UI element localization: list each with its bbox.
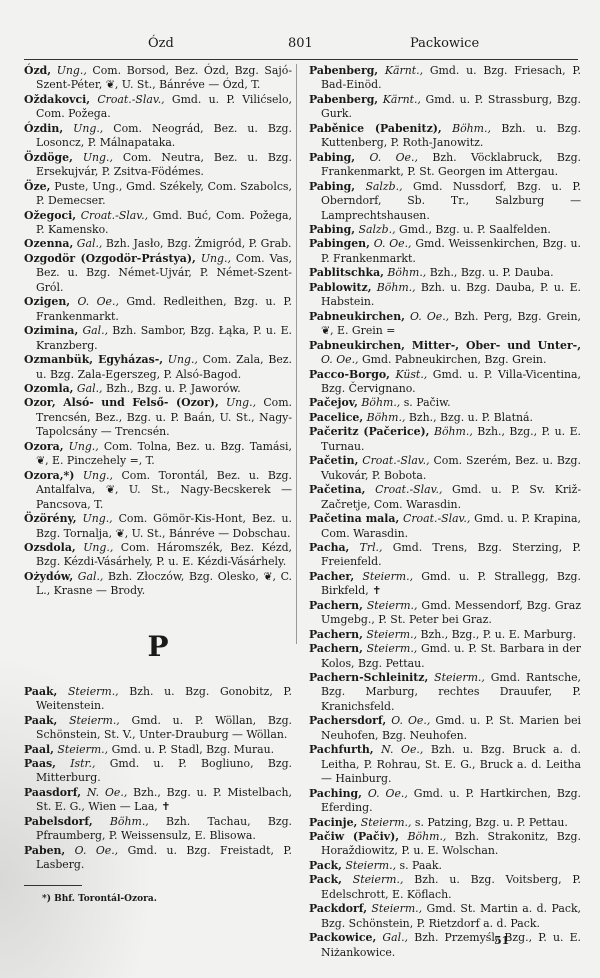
gazetteer-entry: Paben, O. Oe., Gmd. u. Bzg. Freistadt, P…: [24, 844, 292, 873]
entry-name: Paasdorf,: [24, 786, 81, 799]
entry-region: Steierm.,: [57, 743, 108, 756]
gazetteer-entry: Paasdorf, N. Oe., Bzh., Bzg. u. P. Miste…: [24, 786, 292, 815]
entry-region: Croat.-Slav.,: [81, 209, 148, 222]
entry-name: Pabenberg,: [309, 93, 378, 106]
entry-name: Pachfurth,: [309, 743, 374, 756]
entry-region: Istr.,: [70, 757, 95, 770]
entry-name: Pack,: [309, 873, 342, 886]
gazetteer-entry: Packowice, Gal., Bzh. Przemyśl, Bzg., P.…: [309, 931, 581, 960]
header-page-number: 801: [288, 36, 313, 51]
entry-name: Pabneukirchen,: [309, 310, 405, 323]
gazetteer-entry: Paching, O. Oe., Gmd. u. P. Hartkirchen,…: [309, 787, 581, 816]
gazetteer-entry: Pačetina, Croat.-Slav., Gmd. u. P. Sv. K…: [309, 483, 581, 512]
entry-name: Paas,: [24, 757, 56, 770]
entry-region: Steierm.,: [353, 873, 404, 886]
entry-name: Ozor, Alsó- und Felső- (Ozor),: [24, 396, 219, 409]
section-letter: P: [24, 633, 292, 661]
entry-name: Pabing,: [309, 223, 355, 236]
entry-region: Croat.-Slav.,: [403, 512, 470, 525]
entry-region: Ung.,: [73, 122, 103, 135]
gazetteer-entry: Pabelsdorf, Böhm., Bzh. Tachau, Bzg. Pfr…: [24, 815, 292, 844]
entry-name: Pachern-Schleinitz,: [309, 671, 428, 684]
entry-region: Kärnt.,: [383, 93, 421, 106]
entry-details: Gmd. Redleithen, Bzg. u. P. Frankenmarkt…: [36, 295, 292, 322]
gazetteer-entry: Pabing, Salzb., Gmd. Nussdorf, Bzg. u. P…: [309, 180, 581, 223]
entry-name: Ozsdola,: [24, 541, 76, 554]
gazetteer-entry: Pachern, Steierm., Bzh., Bzg., P. u. E. …: [309, 628, 581, 642]
left-entries: Ózd, Ung., Com. Borsod, Bez. Ózd, Bzg. S…: [24, 64, 292, 599]
entry-details: Bzh. Vöcklabruck, Bzg. Frankenmarkt, P. …: [321, 151, 581, 178]
gazetteer-entry: Ozomla, Gal., Bzh., Bzg. u. P. Jaworów.: [24, 382, 292, 396]
gazetteer-entry: Pabneukirchen, Mitter-, Ober- und Unter-…: [309, 339, 581, 368]
entry-name: Pabing,: [309, 151, 355, 164]
gazetteer-entry: Ożydów, Gal., Bzh. Złoczów, Bzg. Olesko,…: [24, 570, 292, 599]
entry-details: Bzh. Złoczów, Bzg. Olesko, ❦, C. L., Kra…: [36, 570, 292, 597]
entry-details: Gmd. u. P. Strallegg, Bzg. Birkfeld, ✝: [321, 570, 581, 597]
entry-region: Steierm.,: [345, 859, 396, 872]
p-section-entries: Paak, Steierm., Bzh. u. Bzg. Gonobitz, P…: [24, 685, 292, 873]
footnote: *) Bhf. Torontál-Ozora.: [24, 892, 292, 906]
gazetteer-entry: Ózd, Ung., Com. Borsod, Bez. Ózd, Bzg. S…: [24, 64, 292, 93]
entry-name: Pačejov,: [309, 396, 358, 409]
entry-region: Böhm.,: [361, 396, 400, 409]
entry-details: Gmd., Bzg. u. P. Saalfelden.: [399, 223, 551, 236]
gazetteer-entry: Ozsdola, Ung., Com. Háromszék, Bez. Kézd…: [24, 541, 292, 570]
entry-name: Ozmanbük, Egyházas-,: [24, 353, 163, 366]
entry-name: Pablitschka,: [309, 266, 384, 279]
entry-name: Paběnice (Pabenitz),: [309, 122, 442, 135]
entry-name: Ozigen,: [24, 295, 70, 308]
entry-region: N. Oe.,: [381, 743, 423, 756]
entry-name: Ozora,: [24, 440, 64, 453]
entry-region: Ung.,: [83, 469, 113, 482]
entry-region: Böhm.,: [452, 122, 491, 135]
entry-region: O. Oe.,: [369, 151, 417, 164]
entry-name: Pačeritz (Pačerice),: [309, 425, 429, 438]
gazetteer-entry: Ozigen, O. Oe., Gmd. Redleithen, Bzg. u.…: [24, 295, 292, 324]
entry-name: Pačiw (Pačiv),: [309, 830, 399, 843]
entry-name: Packowice,: [309, 931, 376, 944]
entry-region: Böhm.,: [434, 425, 473, 438]
entry-region: Ung.,: [57, 64, 87, 77]
entry-region: Ung.,: [226, 396, 256, 409]
gazetteer-entry: Pačejov, Böhm., s. Pačiw.: [309, 396, 581, 410]
gazetteer-entry: Ózdin, Ung., Com. Neográd, Bez. u. Bzg. …: [24, 122, 292, 151]
gazetteer-entry: Özörény, Ung., Com. Gömör-Kis-Hont, Bez.…: [24, 512, 292, 541]
entry-details: Puste, Ung., Gmd. Székely, Com. Szabolcs…: [36, 180, 292, 207]
gazetteer-entry: Ozor, Alsó- und Felső- (Ozor), Ung., Com…: [24, 396, 292, 439]
entry-region: Gal.,: [382, 931, 408, 944]
signature-number: 51: [494, 934, 509, 947]
entry-details: s. Pačiw.: [404, 396, 451, 409]
gazetteer-entry: Ozimina, Gal., Bzh. Sambor, Bzg. Łąka, P…: [24, 324, 292, 353]
gazetteer-entry: Oždakovci, Croat.-Slav., Gmd. u. P. Vili…: [24, 93, 292, 122]
entry-name: Paal,: [24, 743, 54, 756]
entry-region: Küst.,: [395, 368, 427, 381]
entry-region: O. Oe.,: [368, 787, 408, 800]
entry-name: Paak,: [24, 714, 57, 727]
entry-name: Ozomla,: [24, 382, 73, 395]
entry-name: Pack,: [309, 859, 342, 872]
entry-details: Gmd. Pabneukirchen, Bzg. Grein.: [362, 353, 546, 366]
entry-name: Pabing,: [309, 180, 355, 193]
entry-name: Pablowitz,: [309, 281, 372, 294]
entry-name: Ozimina,: [24, 324, 78, 337]
entry-name: Packdorf,: [309, 902, 367, 915]
entry-region: O. Oe.,: [374, 237, 412, 250]
entry-region: Ung.,: [201, 252, 231, 265]
entry-name: Ózdin,: [24, 122, 63, 135]
entry-region: O. Oe.,: [75, 844, 119, 857]
entry-name: Özdöge,: [24, 151, 73, 164]
gazetteer-entry: Pačetin, Croat.-Slav., Com. Szerém, Bez.…: [309, 454, 581, 483]
footnote-rule: [24, 885, 82, 886]
entry-name: Paching,: [309, 787, 362, 800]
entry-region: Steierm.,: [367, 642, 418, 655]
gazetteer-entry: Ozgodör (Ozgodör-Prástya), Ung., Com. Va…: [24, 252, 292, 295]
gazetteer-entry: Pablowitz, Böhm., Bzh. u. Bzg. Dauba, P.…: [309, 281, 581, 310]
gazetteer-entry: Pablitschka, Böhm., Bzh., Bzg. u. P. Dau…: [309, 266, 581, 280]
entry-region: Ung.,: [83, 541, 113, 554]
entry-name: Ožegoci,: [24, 209, 76, 222]
entry-details: Bzh., Bzg. u. P. Jaworów.: [106, 382, 241, 395]
entry-region: Böhm.,: [387, 266, 426, 279]
entry-details: Com. Neutra, Bez. u. Bzg. Ersekujvár, P.…: [36, 151, 292, 178]
entry-details: s. Patzing, Bzg. u. P. Pettau.: [415, 816, 568, 829]
entry-region: Steierm.,: [68, 685, 119, 698]
entry-region: O. Oe.,: [321, 353, 359, 366]
entry-name: Pabingen,: [309, 237, 370, 250]
gazetteer-entry: Pabenberg, Kärnt., Gmd. u. Bzg. Friesach…: [309, 64, 581, 93]
entry-name: Ozora,*): [24, 469, 74, 482]
gazetteer-entry: Pacco-Borgo, Küst., Gmd. u. P. Villa-Vic…: [309, 368, 581, 397]
right-entries: Pabenberg, Kärnt., Gmd. u. Bzg. Friesach…: [309, 64, 581, 960]
entry-details: Gmd. u. P. Stadl, Bzg. Murau.: [112, 743, 275, 756]
entry-name: Ózd,: [24, 64, 51, 77]
entry-region: Ung.,: [83, 512, 113, 525]
gazetteer-entry: Pachern-Schleinitz, Steierm., Gmd. Rants…: [309, 671, 581, 714]
entry-region: Croat.-Slav.,: [97, 93, 164, 106]
entry-name: Pabenberg,: [309, 64, 378, 77]
entry-details: Bzh., Bzg. u. P. Blatná.: [409, 411, 533, 424]
entry-name: Pabneukirchen, Mitter-, Ober- und Unter-…: [309, 339, 581, 352]
entry-name: Ozgodör (Ozgodör-Prástya),: [24, 252, 196, 265]
gazetteer-entry: Pachern, Steierm., Gmd. Messendorf, Bzg.…: [309, 599, 581, 628]
entry-region: Croat.-Slav.,: [375, 483, 442, 496]
entry-region: Kärnt.,: [385, 64, 423, 77]
entry-name: Pabelsdorf,: [24, 815, 93, 828]
entry-region: Steierm.,: [362, 570, 413, 583]
running-header: Ózd 801 Packowice: [24, 36, 498, 56]
gazetteer-entry: Pabing, O. Oe., Bzh. Vöcklabruck, Bzg. F…: [309, 151, 581, 180]
entry-region: Salzb.,: [365, 180, 402, 193]
entry-name: Pacco-Borgo,: [309, 368, 390, 381]
entry-details: Com. Torontál, Bez. u. Bzg. Antalfalva, …: [36, 469, 292, 511]
gazetteer-entry: Pachersdorf, O. Oe., Gmd. u. P. St. Mari…: [309, 714, 581, 743]
entry-region: Steierm.,: [366, 628, 417, 641]
entry-details: Bzh., Bzg. u. P. Dauba.: [430, 266, 554, 279]
gazetteer-entry: Pačetina mala, Croat.-Slav., Gmd. u. P. …: [309, 512, 581, 541]
gazetteer-entry: Paal, Steierm., Gmd. u. P. Stadl, Bzg. M…: [24, 743, 292, 757]
header-last-entry: Packowice: [410, 36, 479, 51]
entry-details: s. Paak.: [400, 859, 442, 872]
entry-name: Pacinje,: [309, 816, 357, 829]
book-page: Ózd 801 Packowice Ózd, Ung., Com. Borsod…: [0, 0, 600, 978]
entry-region: Ung.,: [168, 353, 198, 366]
entry-region: Steierm.,: [361, 816, 412, 829]
entry-region: Ung.,: [83, 151, 113, 164]
header-rule: [24, 59, 578, 60]
header-first-entry: Ózd: [148, 36, 174, 51]
entry-name: Pacelice,: [309, 411, 363, 424]
entry-region: Ung.,: [69, 440, 99, 453]
gazetteer-entry: Özdöge, Ung., Com. Neutra, Bez. u. Bzg. …: [24, 151, 292, 180]
entry-region: Steierm.,: [371, 902, 422, 915]
entry-region: O. Oe.,: [410, 310, 449, 323]
gazetteer-entry: Ozora,*) Ung., Com. Torontál, Bez. u. Bz…: [24, 469, 292, 512]
entry-name: Pacha,: [309, 541, 349, 554]
gazetteer-entry: Packdorf, Steierm., Gmd. St. Martin a. d…: [309, 902, 581, 931]
gazetteer-entry: Öze, Puste, Ung., Gmd. Székely, Com. Sza…: [24, 180, 292, 209]
gazetteer-entry: Pabingen, O. Oe., Gmd. Weissenkirchen, B…: [309, 237, 581, 266]
entry-region: O. Oe.,: [391, 714, 430, 727]
gazetteer-entry: Ozmanbük, Egyházas-, Ung., Com. Zala, Be…: [24, 353, 292, 382]
entry-name: Pachern,: [309, 628, 363, 641]
entry-region: Steierm.,: [69, 714, 120, 727]
entry-name: Pačetina mala,: [309, 512, 399, 525]
gazetteer-entry: Pačeritz (Pačerice), Böhm., Bzh., Bzg., …: [309, 425, 581, 454]
gazetteer-entry: Pachfurth, N. Oe., Bzh. u. Bzg. Bruck a.…: [309, 743, 581, 786]
column-divider: [296, 64, 297, 644]
entry-region: Steierm.,: [434, 671, 485, 684]
gazetteer-entry: Pabing, Salzb., Gmd., Bzg. u. P. Saalfel…: [309, 223, 581, 237]
gazetteer-entry: Pacha, Trl., Gmd. Trens, Bzg. Sterzing, …: [309, 541, 581, 570]
entry-name: Ozenna,: [24, 237, 73, 250]
entry-name: Pačetina,: [309, 483, 365, 496]
entry-region: Trl.,: [360, 541, 383, 554]
entry-name: Pačetin,: [309, 454, 358, 467]
gazetteer-entry: Pabenberg, Kärnt., Gmd. u. P. Strassburg…: [309, 93, 581, 122]
entry-name: Pachersdorf,: [309, 714, 386, 727]
entry-region: Gal.,: [77, 382, 103, 395]
entry-name: Pacher,: [309, 570, 354, 583]
entry-name: Paben,: [24, 844, 65, 857]
entry-name: Pachern,: [309, 599, 363, 612]
right-column: Pabenberg, Kärnt., Gmd. u. Bzg. Friesach…: [309, 64, 581, 960]
entry-region: Croat.-Slav.,: [362, 454, 429, 467]
entry-details: Bzh., Bzg., P. u. E. Marburg.: [421, 628, 577, 641]
gazetteer-entry: Ozenna, Gal., Bzh. Jasło, Bzg. Żmigród, …: [24, 237, 292, 251]
entry-region: Böhm.,: [377, 281, 416, 294]
entry-region: Steierm.,: [367, 599, 418, 612]
gazetteer-entry: Ožegoci, Croat.-Slav., Gmd. Buć, Com. Po…: [24, 209, 292, 238]
entry-region: Gal.,: [77, 237, 103, 250]
entry-region: Salzb.,: [359, 223, 396, 236]
gazetteer-entry: Pack, Steierm., Bzh. u. Bzg. Voitsberg, …: [309, 873, 581, 902]
entry-name: Pachern,: [309, 642, 363, 655]
gazetteer-entry: Pacher, Steierm., Gmd. u. P. Strallegg, …: [309, 570, 581, 599]
entry-region: Gal.,: [82, 324, 108, 337]
left-column: Ózd, Ung., Com. Borsod, Bez. Ózd, Bzg. S…: [24, 64, 292, 906]
entry-region: Gal.,: [78, 570, 104, 583]
entry-name: Özörény,: [24, 512, 77, 525]
gazetteer-entry: Ozora, Ung., Com. Tolna, Bez. u. Bzg. Ta…: [24, 440, 292, 469]
entry-name: Oždakovci,: [24, 93, 90, 106]
entry-region: O. Oe.,: [77, 295, 118, 308]
gazetteer-entry: Pacinje, Steierm., s. Patzing, Bzg. u. P…: [309, 816, 581, 830]
entry-region: Böhm.,: [408, 830, 447, 843]
gazetteer-entry: Paběnice (Pabenitz), Böhm., Bzh. u. Bzg.…: [309, 122, 581, 151]
gazetteer-entry: Pachern, Steierm., Gmd. u. P. St. Barbar…: [309, 642, 581, 671]
entry-name: Paak,: [24, 685, 57, 698]
entry-details: Gmd. Nussdorf, Bzg. u. P. Oberndorf, Sb.…: [321, 180, 581, 222]
gazetteer-entry: Paak, Steierm., Gmd. u. P. Wöllan, Bzg. …: [24, 714, 292, 743]
entry-region: Böhm.,: [110, 815, 149, 828]
gazetteer-entry: Pačiw (Pačiv), Böhm., Bzh. Strakonitz, B…: [309, 830, 581, 859]
entry-name: Ożydów,: [24, 570, 73, 583]
entry-region: N. Oe.,: [87, 786, 127, 799]
entry-details: Bzh. Jasło, Bzg. Żmigród, P. Grab.: [106, 237, 292, 250]
entry-region: Böhm.,: [367, 411, 406, 424]
gazetteer-entry: Paak, Steierm., Bzh. u. Bzg. Gonobitz, P…: [24, 685, 292, 714]
gazetteer-entry: Pack, Steierm., s. Paak.: [309, 859, 581, 873]
entry-details: Com. Szerém, Bez. u. Bzg. Vukovár, P. Bo…: [321, 454, 581, 481]
gazetteer-entry: Pabneukirchen, O. Oe., Bzh. Perg, Bzg. G…: [309, 310, 581, 339]
gazetteer-entry: Pacelice, Böhm., Bzh., Bzg. u. P. Blatná…: [309, 411, 581, 425]
gazetteer-entry: Paas, Istr., Gmd. u. P. Bogliuno, Bzg. M…: [24, 757, 292, 786]
entry-name: Öze,: [24, 180, 50, 193]
